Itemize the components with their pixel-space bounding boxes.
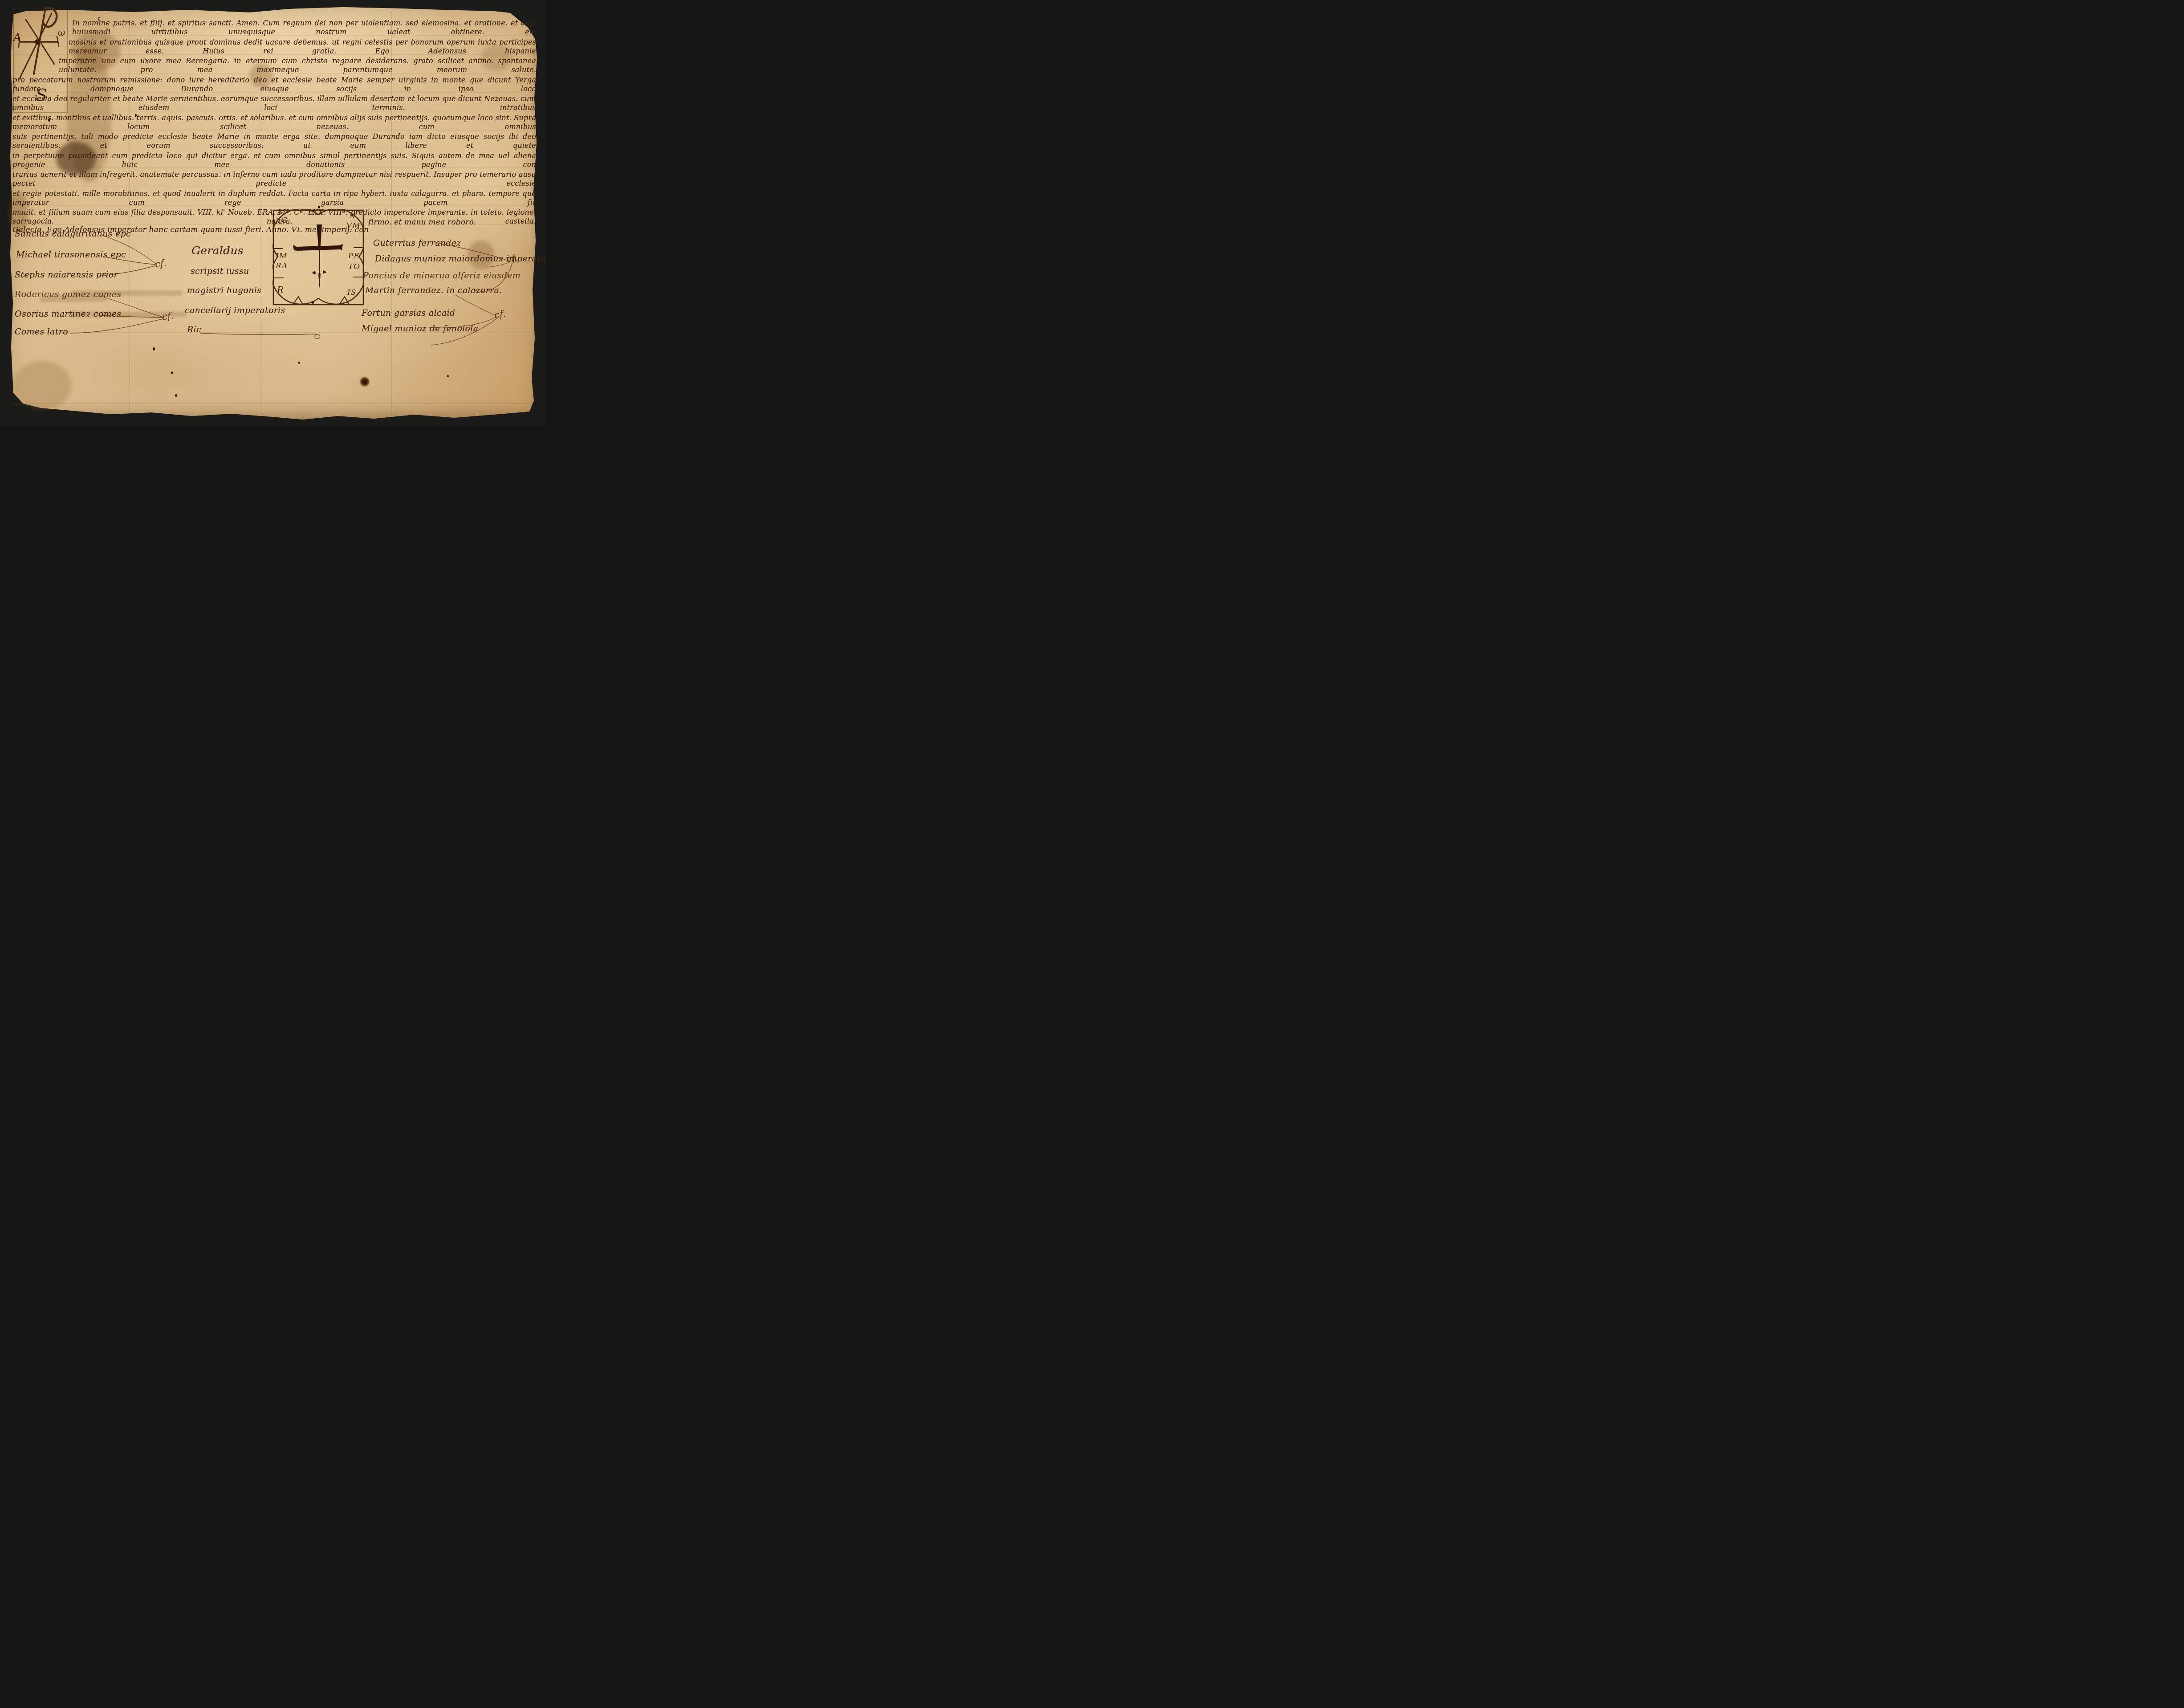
scanned-charter-image: A ω S t In nomine patris. et filij. et s… bbox=[0, 0, 546, 427]
scribe-line: magistri hugonis bbox=[187, 285, 261, 295]
witness-right-row: Guterrius ferrandez bbox=[373, 238, 461, 248]
signum-letter-r: R bbox=[277, 286, 284, 294]
witness-right-row: Migael munioz de fenoiola bbox=[362, 324, 478, 334]
signum-letter-ra: RA bbox=[276, 262, 288, 270]
charter-body-line-9: trarius uenerit et illam infregerit. ana… bbox=[12, 170, 536, 188]
cross-bar bbox=[293, 244, 343, 251]
signum-letter-vm: VM bbox=[346, 222, 361, 230]
scribe-line: scripsit iussu bbox=[191, 266, 249, 276]
charter-body-line-7: suis pertinentijs. tali modo predicte ec… bbox=[12, 132, 536, 150]
ink-dot bbox=[171, 371, 173, 374]
cross-stem bbox=[317, 224, 322, 289]
charter-body-line-4: pro peccatorum nostrorum remissione: don… bbox=[12, 76, 536, 94]
witness-right-row: Fortun garsias alcaid bbox=[362, 308, 455, 318]
ink-dot bbox=[298, 362, 300, 364]
charter-body-line-6: et exitibus. montibus et uallibus. terri… bbox=[12, 114, 536, 131]
scribe-name: Geraldus bbox=[191, 244, 244, 257]
confirmation-clause-end: firmo. et manu mea roboro. bbox=[368, 218, 476, 227]
witness-right-row: Didagus munioz maiordomus imperatoris. bbox=[375, 254, 546, 264]
confirmat-mark: cf. bbox=[154, 257, 167, 269]
ink-dot bbox=[153, 347, 155, 351]
ink-dot bbox=[175, 394, 177, 397]
alpha-letter: A bbox=[12, 31, 21, 44]
witness-right-row: Martin ferrandez. in calazorra. bbox=[365, 285, 502, 295]
scribe-line: Ric bbox=[187, 325, 201, 334]
signum-letter-pe: PE bbox=[348, 252, 360, 261]
ink-dot bbox=[447, 375, 449, 377]
monogram-knot bbox=[35, 39, 40, 45]
witness-left-row: Osorius martinez comes bbox=[15, 309, 121, 319]
signum-imperatoris: S IG N VM IM RA PE TO R IS. bbox=[272, 209, 364, 306]
charter-body-line-1: In nomine patris. et filij. et spiritus … bbox=[72, 19, 536, 37]
charter-body-line-10: et regie potestati. mille morabitinos. e… bbox=[12, 189, 536, 207]
confirmat-mark: cf. bbox=[493, 308, 506, 320]
signum-letter-is: IS. bbox=[347, 289, 359, 297]
charter-body-line-3: imperator. una cum uxore mea Berengaria.… bbox=[59, 57, 536, 74]
scribe-line: cancellarij imperatoris bbox=[185, 306, 285, 315]
witness-right-row: Poncius de minerua alferiz eiusdem bbox=[363, 271, 521, 281]
charter-body-line-5: et ecclesia deo regulariter et beate Mar… bbox=[12, 94, 536, 112]
signum-letter-im: IM bbox=[276, 252, 287, 261]
signum-letter-n: N bbox=[349, 212, 356, 220]
witness-left-row: Comes latro bbox=[15, 327, 68, 337]
signum-letter-to: TO bbox=[348, 263, 360, 271]
signum-letter-ig: IG bbox=[278, 216, 288, 225]
confirmat-mark: cf. bbox=[161, 310, 174, 322]
witness-left-row: Stephs naiarensis prior bbox=[15, 270, 118, 280]
omega-letter: ω bbox=[58, 27, 65, 38]
witness-left-row: Michael tirasonensis epc bbox=[16, 250, 126, 260]
charter-body-line-8: in perpetuum possideant cum predicto loc… bbox=[12, 151, 536, 169]
witness-left-row: Rodericus gomez comes bbox=[15, 289, 121, 299]
witness-left-row: Sancius calaguritanus epc bbox=[15, 229, 131, 239]
confirmat-mark: cf. bbox=[506, 252, 519, 264]
charter-body-line-2: mosinis et orationibus quisque prout dom… bbox=[69, 38, 536, 56]
